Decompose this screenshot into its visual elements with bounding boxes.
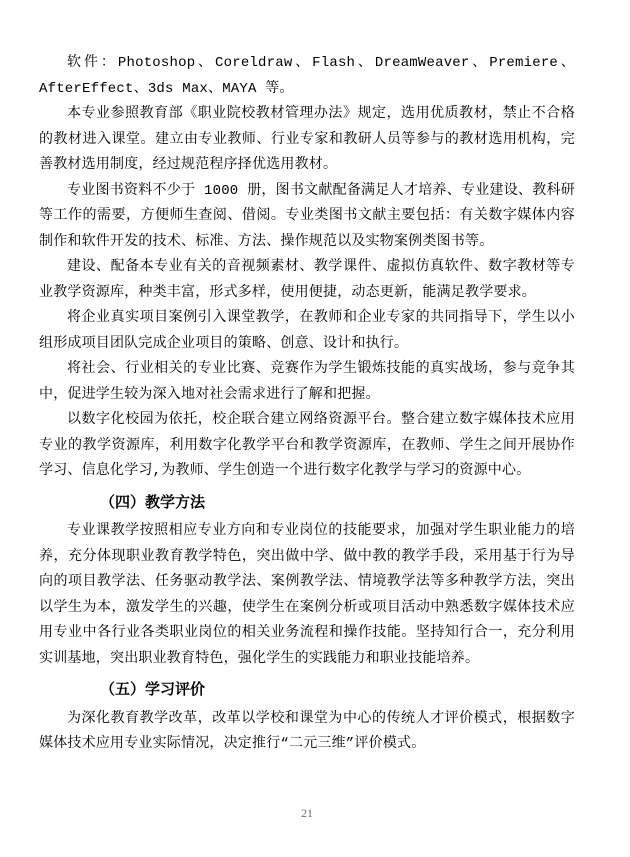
body-paragraph: 建设、配备本专业有关的音视频素材、教学课件、虚拟仿真软件、数字教材等专业教学资源…	[39, 255, 575, 306]
body-paragraph: 软件：Photoshop、Coreldraw、Flash、DreamWeaver…	[39, 51, 575, 102]
body-paragraph: 为深化教育教学改革，改革以学校和课堂为中心的传统人才评价模式，根据数字媒体技术应…	[39, 707, 575, 758]
body-paragraph: 专业图书资料不少于 1000 册，图书文献配备满足人才培养、专业建设、教科研等工…	[39, 179, 575, 256]
document-page: 软件：Photoshop、Coreldraw、Flash、DreamWeaver…	[0, 0, 630, 857]
body-paragraph: 将企业真实项目案例引入课堂教学，在教师和企业专家的共同指导下，学生以小组形成项目…	[39, 306, 575, 357]
body-paragraph: 本专业参照教育部《职业院校教材管理办法》规定，选用优质教材，禁止不合格的教材进入…	[39, 102, 575, 179]
body-paragraph: 专业课教学按照相应专业方向和专业岗位的技能要求，加强对学生职业能力的培养，充分体…	[39, 519, 575, 672]
page-number: 21	[39, 805, 575, 821]
section-heading: （四）教学方法	[39, 490, 575, 516]
document-content: 软件：Photoshop、Coreldraw、Flash、DreamWeaver…	[39, 51, 575, 758]
body-paragraph: 将社会、行业相关的专业比赛、竞赛作为学生锻炼技能的真实战场，参与竞争其中，促进学…	[39, 357, 575, 408]
section-heading: （五）学习评价	[39, 677, 575, 703]
body-paragraph: 以数字化校园为依托，校企联合建立网络资源平台。整合建立数字媒体技术应用专业的教学…	[39, 408, 575, 485]
